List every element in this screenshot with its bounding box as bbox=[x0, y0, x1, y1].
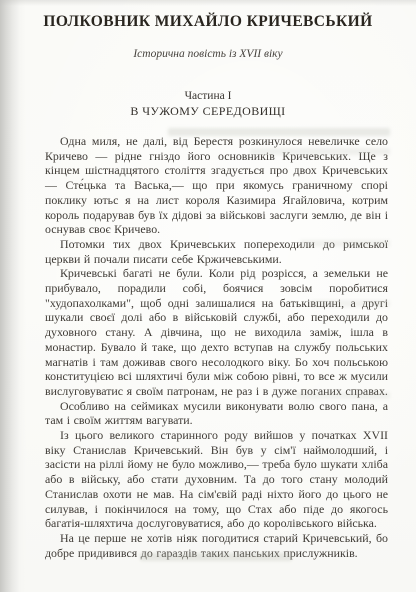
paragraph: Особливо на сеймиках мусили виконувати в… bbox=[45, 399, 388, 428]
page-title: ПОЛКОВНИК МИХАЙЛО КРИЧЕВСЬКИЙ bbox=[0, 0, 416, 31]
chapter-heading: В ЧУЖОМУ СЕРЕДОВИЩІ bbox=[0, 104, 416, 119]
paragraph: Одна миля, не далі, від Берестя розкинул… bbox=[45, 134, 388, 237]
paragraph: На це перше не хотів ніяк погодитися ста… bbox=[45, 531, 388, 560]
paragraph: Із цього великого старинного роду вийшов… bbox=[45, 428, 388, 531]
paragraph: Потомки тих двох Кричевських попереходил… bbox=[45, 237, 388, 266]
body-text: Одна миля, не далі, від Берестя розкинул… bbox=[0, 134, 416, 560]
book-page: ПОЛКОВНИК МИХАЙЛО КРИЧЕВСЬКИЙ Історична … bbox=[0, 0, 416, 592]
paragraph: Кричевські багаті не були. Коли рід розр… bbox=[45, 266, 388, 398]
book-subtitle: Історична повість із XVII віку bbox=[0, 48, 416, 60]
part-heading: Частина І bbox=[0, 90, 416, 102]
